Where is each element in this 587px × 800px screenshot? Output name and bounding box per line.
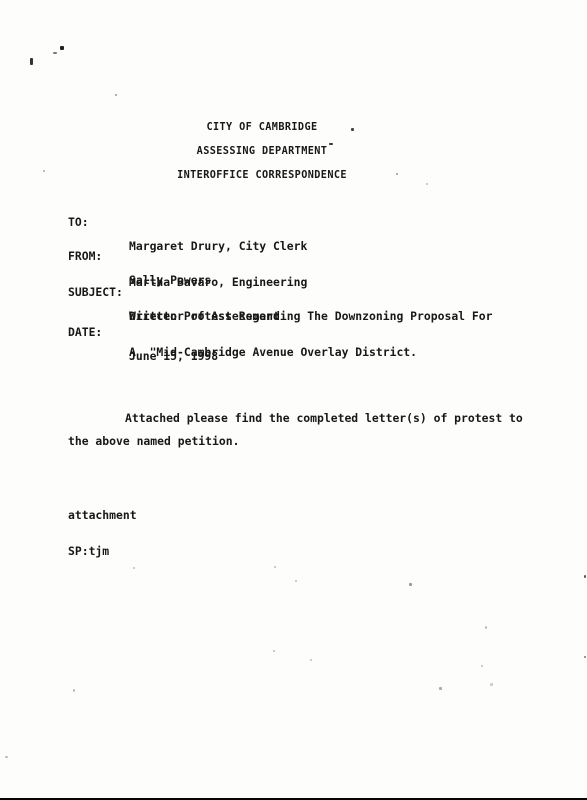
- date-value: June 15, 1998: [129, 350, 579, 362]
- scan-speck: [73, 689, 75, 692]
- scan-speck: [5, 756, 8, 758]
- body-paragraph-line-2: the above named petition.: [68, 435, 239, 447]
- field-from-label: FROM:: [68, 250, 102, 262]
- body-paragraph-line-1: Attached please find the completed lette…: [125, 412, 523, 424]
- scan-speck: [310, 659, 312, 661]
- scan-speck: [584, 575, 586, 578]
- scan-speck: [485, 626, 487, 629]
- scan-speck: [30, 58, 33, 65]
- scan-speck: [43, 170, 45, 172]
- scan-speck: [295, 580, 297, 582]
- scan-speck: [490, 683, 493, 686]
- scan-speck: [409, 583, 412, 586]
- memo-page: CITY OF CAMBRIDGE ASSESSING DEPARTMENT I…: [0, 0, 587, 800]
- field-date: DATE: June 15, 1998: [68, 326, 579, 386]
- from-name: Sally Powers: [129, 274, 579, 286]
- subject-line-1: Written Protest Regarding The Downzoning…: [129, 310, 579, 322]
- scan-speck: [115, 94, 117, 96]
- org-title: CITY OF CAMBRIDGE: [107, 121, 417, 134]
- field-to-label: TO:: [68, 216, 89, 228]
- attachment-notation: attachment: [68, 509, 137, 521]
- scan-speck: [426, 183, 428, 185]
- scan-speck: [481, 665, 483, 667]
- scan-speck: [53, 52, 57, 54]
- scan-speck: [396, 173, 398, 175]
- field-date-label: DATE:: [68, 326, 102, 338]
- scan-speck: [274, 566, 276, 568]
- field-subject-label: SUBJECT:: [68, 286, 123, 298]
- memo-header: CITY OF CAMBRIDGE ASSESSING DEPARTMENT I…: [107, 121, 417, 192]
- field-date-value: June 15, 1998: [129, 326, 579, 386]
- scan-speck: [329, 143, 333, 145]
- scan-speck: [351, 128, 354, 131]
- scan-speck: [60, 46, 64, 50]
- scan-speck: [273, 650, 275, 652]
- scan-speck: [133, 567, 135, 569]
- department-title: ASSESSING DEPARTMENT: [107, 145, 417, 158]
- typist-initials: SP:tjm: [68, 545, 109, 557]
- scan-speck: [439, 687, 442, 690]
- scan-speck: [584, 656, 586, 658]
- correspondence-title: INTEROFFICE CORRESPONDENCE: [107, 169, 417, 182]
